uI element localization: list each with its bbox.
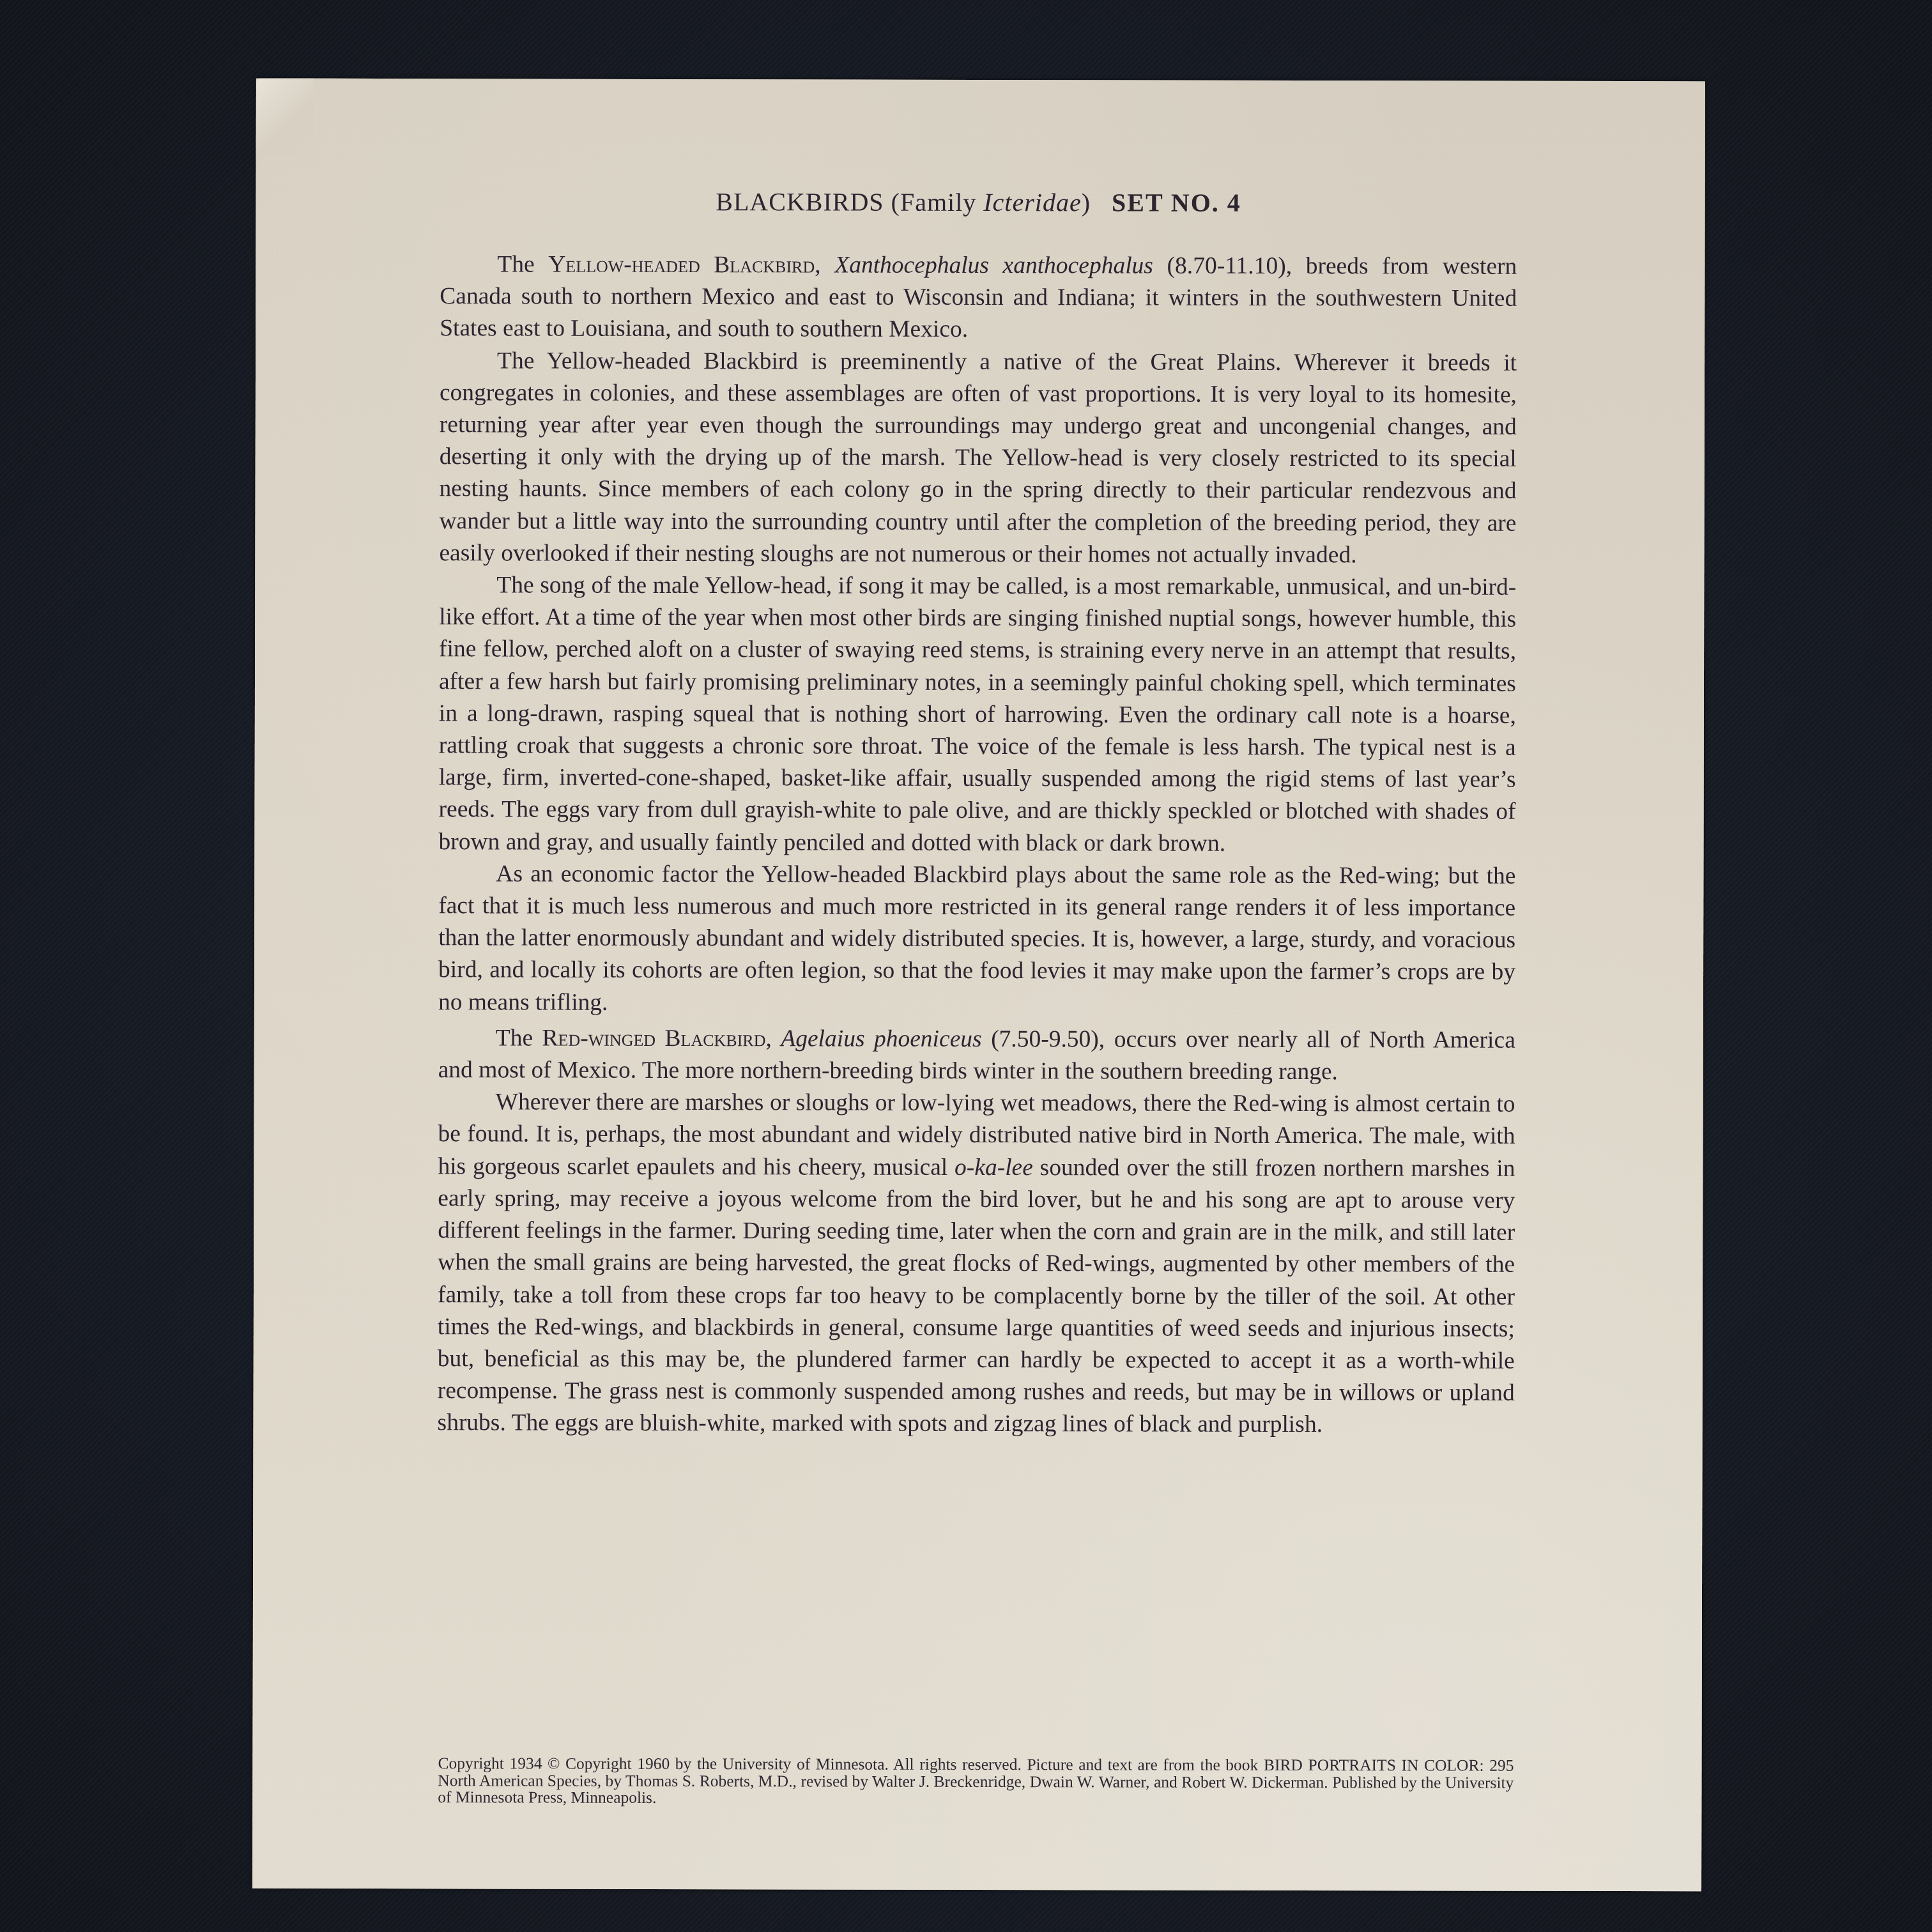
copyright-notice: Copyright 1934 © Copyright 1960 by the U…	[438, 1755, 1514, 1808]
common-name: Red-winged Blackbird	[542, 1025, 766, 1052]
scientific-name: Agelaius phoeniceus	[781, 1025, 981, 1052]
article-body: The Yellow-headed Blackbird, Xanthocepha…	[438, 249, 1517, 1441]
card-content: BLACKBIRDS (Family Icteridae) SET NO. 4 …	[440, 79, 1517, 81]
song-phrase: o-ka-lee	[954, 1154, 1033, 1181]
title-group: BLACKBIRDS	[716, 187, 884, 217]
species-intro-yellow-headed: The Yellow-headed Blackbird, Xanthocepha…	[440, 249, 1517, 347]
size-range: (8.70-11.10)	[1167, 253, 1286, 279]
title-family-prefix: (Family	[891, 188, 984, 217]
paragraph: The Yellow-headed Blackbird is preeminen…	[439, 345, 1517, 572]
title-family-name: Icteridae	[983, 188, 1081, 217]
page-title: BLACKBIRDS (Family Icteridae) SET NO. 4	[440, 186, 1517, 218]
paragraph: The song of the male Yellow-head, if son…	[438, 569, 1516, 860]
paragraph: As an economic factor the Yellow-headed …	[438, 858, 1516, 1021]
paragraph-text: sounded over the still frozen northern m…	[438, 1154, 1515, 1438]
scientific-name: Xanthocephalus xanthocephalus	[834, 252, 1153, 279]
intro-prefix: The	[496, 1025, 542, 1051]
paragraph: Wherever there are marshes or sloughs or…	[438, 1087, 1515, 1442]
species-intro-red-winged: The Red-winged Blackbird, Agelaius phoen…	[438, 1022, 1515, 1089]
set-number: SET NO. 4	[1112, 188, 1241, 217]
intro-prefix: The	[497, 251, 548, 277]
common-name: Yellow-headed Blackbird	[548, 252, 815, 279]
printed-card: BLACKBIRDS (Family Icteridae) SET NO. 4 …	[252, 79, 1705, 1892]
size-range: (7.50-9.50)	[991, 1026, 1099, 1052]
title-family-suffix: )	[1082, 188, 1091, 217]
